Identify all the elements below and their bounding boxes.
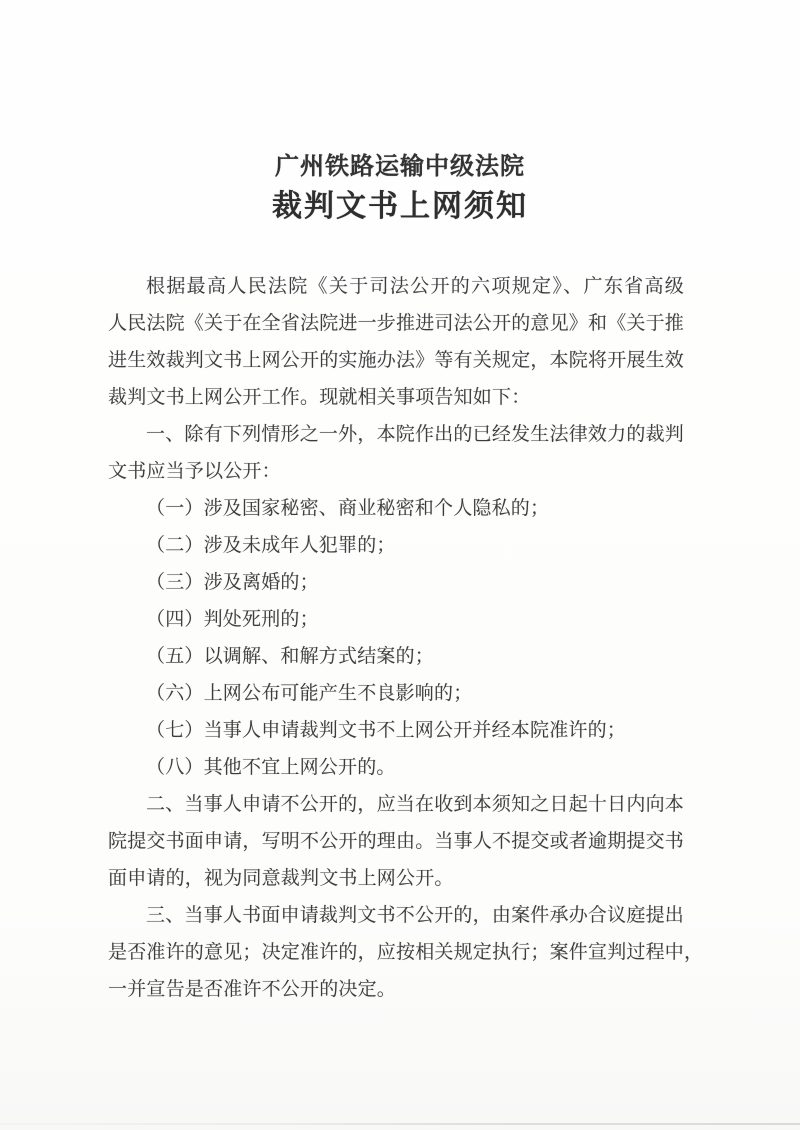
section-2-paragraph: 二、当事人申请不公开的，应当在收到本须知之日起十日内向本 院提交书面申请，写明不…: [108, 786, 684, 897]
text-line: 文书应当予以公开：: [108, 453, 684, 490]
section-1-paragraph: 一、除有下列情形之一外，本院作出的已经发生法律效力的裁判 文书应当予以公开：: [108, 416, 684, 490]
court-name-heading: 广州铁路运输中级法院: [0, 146, 800, 181]
text-line: （三）涉及离婚的；: [108, 564, 684, 601]
text-line: （七）当事人申请裁判文书不上网公开并经本院准许的；: [108, 712, 684, 749]
scan-edge-artifact: [0, 1123, 800, 1125]
text-line: 进生效裁判文书上网公开的实施办法》等有关规定，本院将开展生效: [108, 342, 684, 379]
scanned-document-page: 广州铁路运输中级法院 裁判文书上网须知 根据最高人民法院《关于司法公开的六项规定…: [0, 0, 800, 1130]
text-line: 一并宣告是否准许不公开的决定。: [108, 971, 684, 1008]
text-line: （五）以调解、和解方式结案的；: [108, 638, 684, 675]
item-6-paragraph: （六）上网公布可能产生不良影响的；: [108, 675, 684, 712]
item-2-paragraph: （二）涉及未成年人犯罪的；: [108, 527, 684, 564]
text-line: 一、除有下列情形之一外，本院作出的已经发生法律效力的裁判: [108, 416, 684, 453]
text-line: （六）上网公布可能产生不良影响的；: [108, 675, 684, 712]
item-1-paragraph: （一）涉及国家秘密、商业秘密和个人隐私的；: [108, 490, 684, 527]
text-line: 二、当事人申请不公开的，应当在收到本须知之日起十日内向本: [108, 786, 684, 823]
section-3-paragraph: 三、当事人书面申请裁判文书不公开的，由案件承办合议庭提出 是否准许的意见；决定准…: [108, 897, 684, 1008]
text-line: （二）涉及未成年人犯罪的；: [108, 527, 684, 564]
item-7-paragraph: （七）当事人申请裁判文书不上网公开并经本院准许的；: [108, 712, 684, 749]
text-line: 三、当事人书面申请裁判文书不公开的，由案件承办合议庭提出: [108, 897, 684, 934]
item-8-paragraph: （八）其他不宜上网公开的。: [108, 749, 684, 786]
text-line: （八）其他不宜上网公开的。: [108, 749, 684, 786]
document-title: 裁判文书上网须知: [0, 181, 800, 225]
item-3-paragraph: （三）涉及离婚的；: [108, 564, 684, 601]
text-line: （一）涉及国家秘密、商业秘密和个人隐私的；: [108, 490, 684, 527]
text-line: 面申请的，视为同意裁判文书上网公开。: [108, 860, 684, 897]
text-line: 是否准许的意见；决定准许的，应按相关规定执行；案件宣判过程中，: [108, 934, 684, 971]
text-line: 裁判文书上网公开工作。现就相关事项告知如下：: [108, 379, 684, 416]
document-body: 根据最高人民法院《关于司法公开的六项规定》、广东省高级 人民法院《关于在全省法院…: [108, 268, 684, 1008]
text-line: 根据最高人民法院《关于司法公开的六项规定》、广东省高级: [108, 268, 684, 305]
item-4-paragraph: （四）判处死刑的；: [108, 601, 684, 638]
intro-paragraph: 根据最高人民法院《关于司法公开的六项规定》、广东省高级 人民法院《关于在全省法院…: [108, 268, 684, 416]
text-line: 院提交书面申请，写明不公开的理由。当事人不提交或者逾期提交书: [108, 823, 684, 860]
text-line: （四）判处死刑的；: [108, 601, 684, 638]
text-line: 人民法院《关于在全省法院进一步推进司法公开的意见》和《关于推: [108, 305, 684, 342]
item-5-paragraph: （五）以调解、和解方式结案的；: [108, 638, 684, 675]
